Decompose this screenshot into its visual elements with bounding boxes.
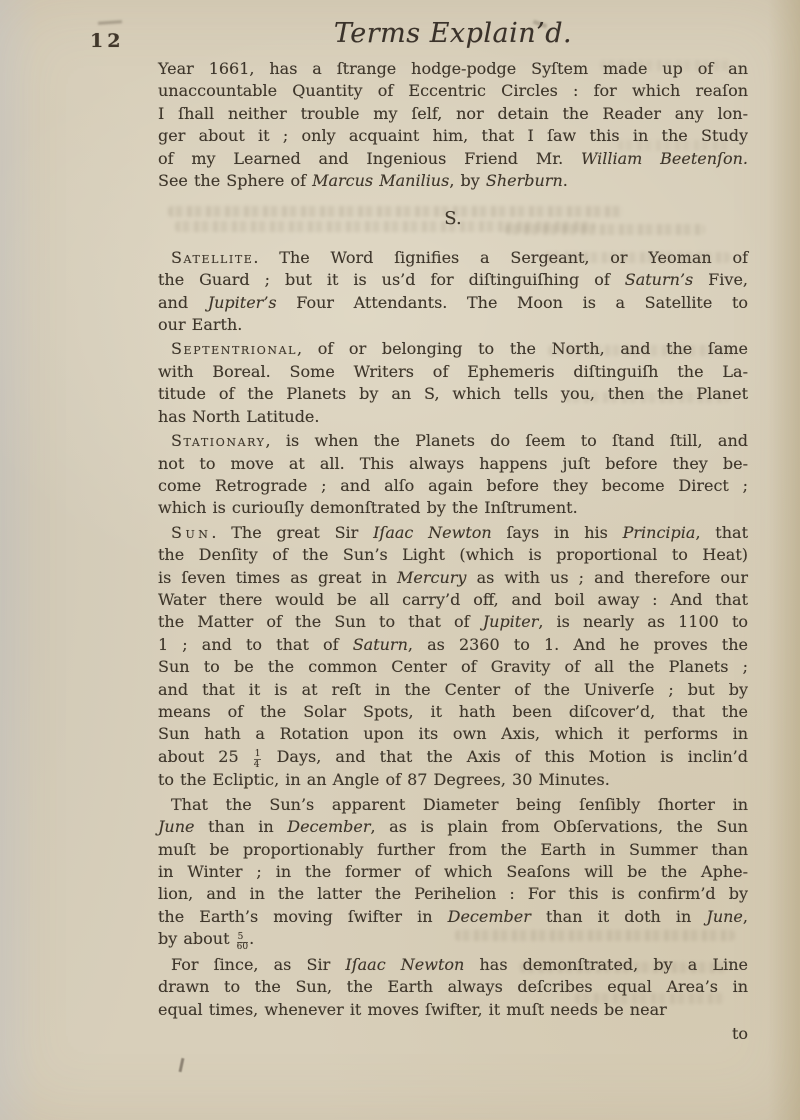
text-run: , is when the Planets do ſeem to ſtand ſ… [266,431,748,450]
text-run: which is curiouſly demonſtrated by the I… [158,498,578,517]
text-run: the Earth’s moving ſwifter in [158,907,448,926]
text-line: Year 1661, has a ſtrange hodge-podge Syſ… [158,58,748,80]
smallcaps-term: Stationary [171,431,266,450]
text-run: , of or belonging to the North, and the … [297,339,748,358]
text-line: That the Sun’s apparent Diameter being ſ… [158,794,748,816]
text-line: titude of the Planets by an S, which tel… [158,383,748,405]
text-run: unaccountable Quantity of Eccentric Circ… [158,81,748,100]
text-run: has demonſtrated, by a Line [464,955,748,974]
text-run: Four Attendants. The Moon is a Satellite… [277,293,748,312]
text-run: , by [449,171,486,190]
text-line: come Retrograde ; and alſo again before … [158,475,748,497]
text-run: I ſhall neither trouble my ſelf, nor det… [158,104,748,123]
italic-text: June [158,817,195,836]
ink-speck [179,1058,184,1072]
text-run: of my Learned and Ingenious Friend Mr. [158,149,581,168]
text-run: , as is plain from Obſervations, the Sun [371,817,748,836]
text-run: Five, [693,270,748,289]
text-run: equal times, whenever it moves ſwifter, … [158,1000,667,1019]
italic-text: Mercury [397,568,466,587]
text-line: means of the Solar Spots, it hath been d… [158,701,748,723]
text-line: has North Latitude. [158,406,748,428]
text-run: our Earth. [158,315,242,334]
smallcaps-term: Septentrional [171,339,297,358]
text-run: . [249,929,254,948]
catchword: to [158,1023,748,1045]
italic-text: December [448,907,531,926]
text-run: about 25 [158,747,253,766]
text-run: See the Sphere of [158,171,312,190]
text-line: For ſince, as Sir Iſaac Newton has demon… [158,954,748,976]
italic-text: Saturn’s [625,270,693,289]
text-line: with Boreal. Some Writers of Ephemeris d… [158,361,748,383]
paragraph: Stationary, is when the Planets do ſeem … [158,430,748,520]
book-page: 12 Terms Explain’d. Year 1661, has a ſtr… [0,0,800,1120]
text-line: about 25 14 Days, and that the Axis of t… [158,746,748,770]
text-line: Sun to be the common Center of Gravity o… [158,656,748,678]
text-run: than in [195,817,288,836]
text-line: in Winter ; in the former of which Seaſo… [158,861,748,883]
text-run: . [563,171,568,190]
text-line: the Denſity of the Sun’s Light (which is… [158,544,748,566]
text-line: Stationary, is when the Planets do ſeem … [158,430,748,452]
text-run: and that it is at reſt in the Center of … [158,680,748,699]
text-run: as with us ; and therefore our [466,568,748,587]
text-run: come Retrograde ; and alſo again before … [158,476,748,495]
text-run: Days, and that the Axis of this Motion i… [262,747,748,766]
italic-text: June [706,907,743,926]
fraction: 14 [254,750,262,769]
italic-text: Iſaac Newton [345,955,464,974]
text-run: the Denſity of the Sun’s Light (which is… [158,545,748,564]
text-run: Sun to be the common Center of Gravity o… [158,657,748,676]
text-run: Year 1661, has a ſtrange hodge-podge Syſ… [158,59,748,78]
text-line: which is curiouſly demonſtrated by the I… [158,497,748,519]
paragraph: For ſince, as Sir Iſaac Newton has demon… [158,954,748,1021]
text-run: 1 ; and to that of [158,635,353,654]
paragraph: Sun. The great Sir Iſaac Newton ſays in … [158,522,748,792]
text-line: Sun hath a Rotation upon its own Axis, w… [158,723,748,745]
ink-smudge [98,20,122,25]
text-line: not to move at all. This always happens … [158,453,748,475]
italic-text: Iſaac Newton [373,523,492,542]
text-line: June than in December, as is plain from … [158,816,748,838]
text-line: our Earth. [158,314,748,336]
paragraph: That the Sun’s apparent Diameter being ſ… [158,794,748,952]
text-line: and Jupiter’s Four Attendants. The Moon … [158,292,748,314]
text-run: , is nearly as 1100 to [538,612,748,631]
text-line: the Guard ; but it is us’d for diſtingui… [158,269,748,291]
page-number: 12 [90,30,124,52]
text-line: Satellite. The Word ſignifies a Sergeant… [158,247,748,269]
italic-text: Jupiter’s [208,293,277,312]
text-line: I ſhall neither trouble my ſelf, nor det… [158,103,748,125]
smallcaps-term: Satellite [171,248,253,267]
text-line: Sun. The great Sir Iſaac Newton ſays in … [158,522,748,544]
text-run: than it doth in [531,907,707,926]
text-run: . The great Sir [211,523,373,542]
paragraph: Septentrional, of or belonging to the No… [158,338,748,428]
text-run: by about [158,929,236,948]
text-run: in Winter ; in the former of which Seaſo… [158,862,748,881]
text-line: the Earth’s moving ſwifter in December t… [158,906,748,928]
text-run: Sun hath a Rotation upon its own Axis, w… [158,724,748,743]
fraction: 560 [237,933,248,952]
text-run: Water there would be all carry’d off, an… [158,590,748,609]
text-run: to the Ecliptic, in an Angle of 87 Degre… [158,770,610,789]
text-line: and that it is at reſt in the Center of … [158,679,748,701]
text-run: not to move at all. This always happens … [158,454,748,473]
text-run: ger about it ; only acquaint him, that I… [158,126,748,145]
section-heading: S. [158,208,748,230]
text-line: Septentrional, of or belonging to the No… [158,338,748,360]
text-line: 1 ; and to that of Saturn, as 2360 to 1.… [158,634,748,656]
text-line: of my Learned and Ingenious Friend Mr. W… [158,148,748,170]
text-line: by about 560. [158,928,748,952]
text-run: has North Latitude. [158,407,319,426]
text-run: means of the Solar Spots, it hath been d… [158,702,748,721]
text-line: drawn to the Sun, the Earth always deſcr… [158,976,748,998]
text-line: to the Ecliptic, in an Angle of 87 Degre… [158,769,748,791]
text-run: with Boreal. Some Writers of Ephemeris d… [158,362,748,381]
text-run: That the Sun’s apparent Diameter being ſ… [171,795,748,814]
text-run: and [158,293,208,312]
text-run: lion, and in the latter the Perihelion :… [158,884,748,903]
text-run: is ſeven times as great in [158,568,397,587]
text-line: equal times, whenever it moves ſwifter, … [158,999,748,1021]
text-run: , that [695,523,748,542]
text-run: titude of the Planets by an S, which tel… [158,384,748,403]
text-line: is ſeven times as great in Mercury as wi… [158,567,748,589]
paragraph: Year 1661, has a ſtrange hodge-podge Syſ… [158,58,748,192]
smallcaps-term: Sun [171,523,211,542]
text-line: See the Sphere of Marcus Manilius, by Sh… [158,170,748,192]
text-run: , [743,907,748,926]
text-line: muſt be proportionably further from the … [158,839,748,861]
text-run: muſt be proportionably further from the … [158,840,748,859]
text-run: . The Word ſignifies a Sergeant, or Yeom… [253,248,748,267]
italic-text: Principia [623,523,696,542]
text-line: Water there would be all carry’d off, an… [158,589,748,611]
text-line: the Matter of the Sun to that of Jupiter… [158,611,748,633]
text-line: unaccountable Quantity of Eccentric Circ… [158,80,748,102]
text-run: , as 2360 to 1. And he proves the [408,635,748,654]
running-title: Terms Explain’d. [158,18,748,49]
italic-text: Marcus Manilius [312,171,449,190]
italic-text: Sherburn [486,171,563,190]
text-run: drawn to the Sun, the Earth always deſcr… [158,977,748,996]
text-line: lion, and in the latter the Perihelion :… [158,883,748,905]
italic-text: Jupiter [483,612,539,631]
text-run: the Guard ; but it is us’d for diſtingui… [158,270,625,289]
paragraph: Satellite. The Word ſignifies a Sergeant… [158,247,748,337]
italic-text: Saturn [353,635,408,654]
italic-text: William Beetenſon. [581,149,748,168]
text-run: For ſince, as Sir [171,955,345,974]
text-block: Year 1661, has a ſtrange hodge-podge Syſ… [158,58,748,1045]
text-line: ger about it ; only acquaint him, that I… [158,125,748,147]
text-run: ſays in his [492,523,623,542]
italic-text: December [287,817,370,836]
text-run: the Matter of the Sun to that of [158,612,483,631]
